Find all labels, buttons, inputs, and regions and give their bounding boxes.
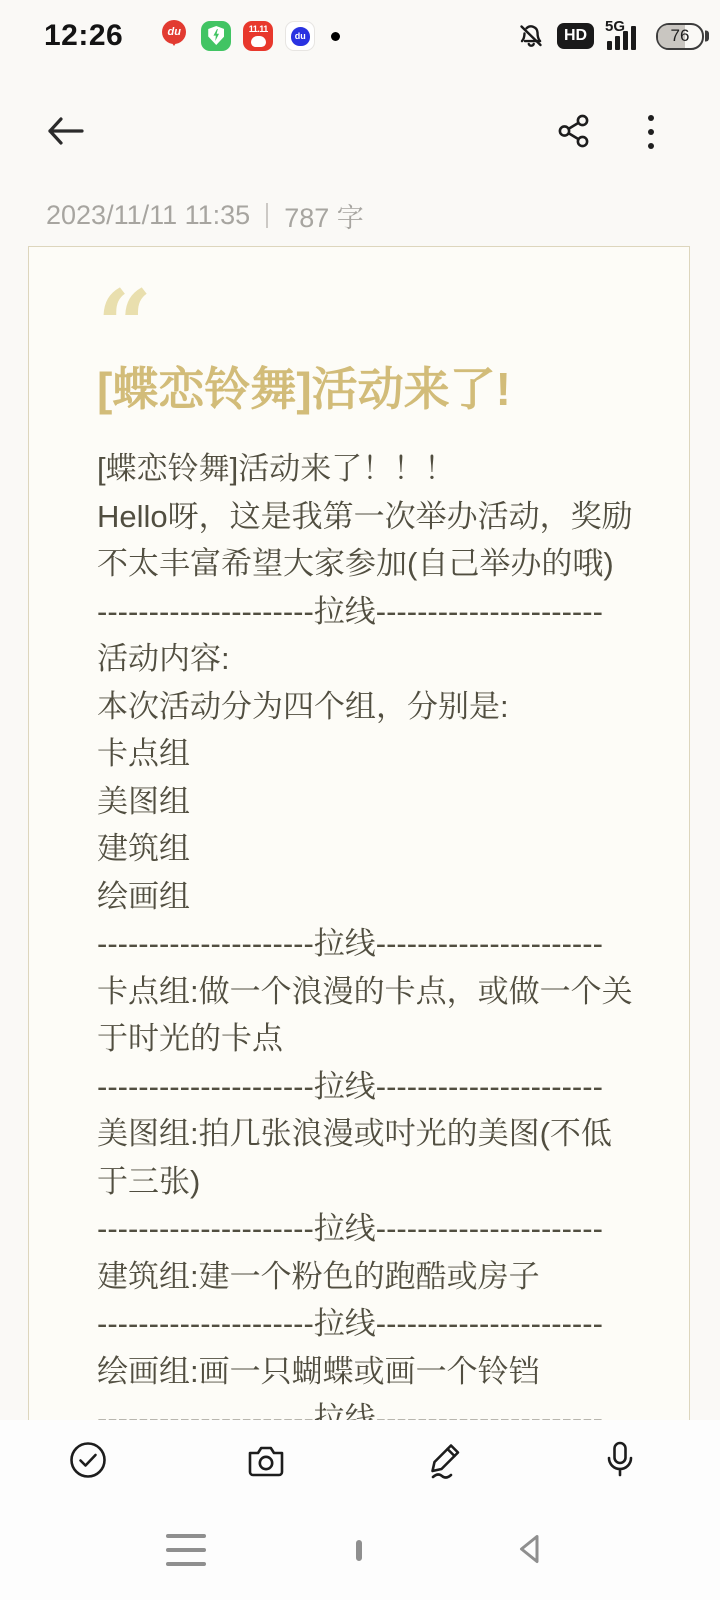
todo-check-icon: [68, 1440, 108, 1480]
todo-check-button[interactable]: [68, 1440, 108, 1480]
note-edit-datetime: 2023/11/11 11:35: [46, 200, 250, 231]
recents-button[interactable]: [166, 1528, 206, 1572]
note-paragraph: 建筑组: [97, 825, 639, 873]
back-button[interactable]: [44, 114, 86, 151]
divider-line: ---------------------拉线-----------------…: [97, 1063, 639, 1111]
battery-icon: 76: [656, 23, 704, 50]
recents-line: [166, 1534, 206, 1538]
divider-line: ---------------------拉线-----------------…: [97, 1300, 639, 1348]
back-nav-button[interactable]: [512, 1530, 550, 1571]
share-nodes-icon: [556, 137, 592, 152]
bell-slash-icon: [516, 21, 546, 51]
shield-shape: [208, 26, 224, 45]
note-paragraph: 卡点组:做一个浪漫的卡点，或做一个关于时光的卡点: [97, 968, 639, 1063]
note-paragraph: 卡点组: [97, 730, 639, 778]
divider-line: ---------------------拉线-----------------…: [97, 588, 639, 636]
note-char-count: 787 字: [284, 196, 364, 235]
back-nav-icon: [512, 1556, 550, 1571]
recents-line: [166, 1562, 206, 1566]
note-card[interactable]: “ [蝶恋铃舞]活动来了! [蝶恋铃舞]活动来了！！！ Hello呀，这是我第一…: [40, 252, 684, 1502]
more-notifications-dot: [331, 32, 340, 41]
note-paragraph: 美图组:拍几张浪漫或吋光的美图(不低于三张): [97, 1110, 639, 1205]
notes-app-screen: 12:26 du 11.11 du: [0, 0, 720, 1600]
clock-time: 12:26: [44, 19, 123, 53]
meta-separator: [266, 203, 268, 228]
divider-line: ---------------------拉线-----------------…: [97, 1205, 639, 1253]
note-paragraph: 绘画组: [97, 873, 639, 921]
sale-label: 11.11: [249, 23, 268, 35]
battery-percent: 76: [671, 26, 690, 46]
overflow-menu-button[interactable]: [644, 111, 658, 153]
quote-mark-decoration: “: [97, 297, 637, 357]
camera-icon: [245, 1440, 287, 1480]
kebab-dot: [648, 115, 654, 121]
share-button[interactable]: [556, 113, 592, 152]
doodle-pen-button[interactable]: [423, 1439, 465, 1481]
system-nav-bar: [0, 1500, 720, 1600]
notification-icons: du 11.11 du: [159, 19, 340, 53]
recents-line: [166, 1548, 206, 1552]
note-paragraph: 绘画组:画一只蝴蝶或画一个铃铛: [97, 1348, 639, 1396]
security-shield-icon: [201, 21, 231, 51]
note-paragraph: Hello呀，这是我第一次举办活动，奖励不太丰富希望大家参加(自己举办的哦): [97, 493, 639, 588]
microphone-button[interactable]: [602, 1439, 638, 1481]
note-title: [蝶恋铃舞]活动来了!: [97, 363, 637, 415]
microphone-icon: [602, 1439, 638, 1481]
status-bar: 12:26 du 11.11 du: [0, 0, 720, 62]
kebab-dot: [648, 129, 654, 135]
note-paragraph: 活动内容:: [97, 635, 639, 683]
divider-line: ---------------------拉线-----------------…: [97, 920, 639, 968]
note-action-bar: [0, 1420, 720, 1500]
baidu-paw-icon: du: [285, 21, 315, 51]
dog-face-shape: [251, 36, 266, 47]
kebab-dot: [648, 143, 654, 149]
signal-strength-icon: 5G: [605, 21, 645, 51]
pin-label: du: [162, 20, 186, 44]
note-meta-row: 2023/11/11 11:35 787 字: [46, 196, 364, 235]
camera-button[interactable]: [245, 1440, 287, 1480]
home-button[interactable]: [356, 1543, 362, 1558]
note-body: [蝶恋铃舞]活动来了！！！ Hello呀，这是我第一次举办活动，奖励不太丰富希望…: [97, 445, 639, 1443]
note-paragraph: 美图组: [97, 778, 639, 826]
paw-label: du: [291, 27, 310, 46]
note-paragraph: 本次活动分为四个组，分别是:: [97, 683, 639, 731]
note-toolbar: [0, 100, 720, 164]
hd-voice-badge: HD: [557, 23, 594, 49]
signal-bars: [607, 26, 636, 50]
note-paragraph: 建筑组:建一个粉色的跑酷或房子: [97, 1253, 639, 1301]
baidu-maps-pin-icon: du: [159, 19, 189, 53]
note-paragraph: [蝶恋铃舞]活动来了！！！: [97, 445, 639, 493]
home-icon: [356, 1540, 362, 1561]
arrow-left-icon: [44, 136, 86, 151]
doodle-pen-icon: [423, 1439, 465, 1481]
sale-11-11-icon: 11.11: [243, 21, 273, 51]
status-right-icons: HD 5G 76: [516, 21, 704, 51]
lightning-bolt-icon: [212, 29, 220, 41]
